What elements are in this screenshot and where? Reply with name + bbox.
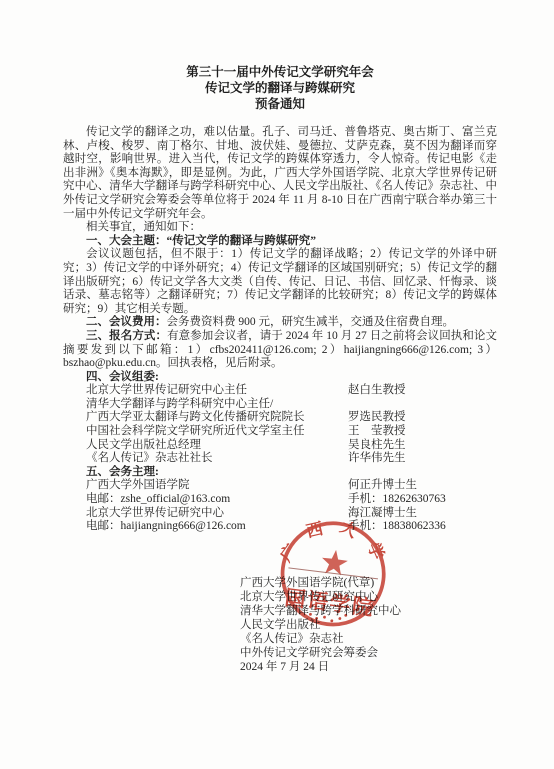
- organizer-row: 北京大学世界传记研究中心 海江凝博士生: [86, 507, 497, 521]
- committee-row: 北京大学世界传记研究中心主任 赵白生教授: [86, 384, 497, 398]
- committee-org: 北京大学世界传记研究中心主任: [86, 384, 348, 398]
- signature-line: 人民文学出版社: [240, 618, 497, 632]
- organizer-row: 电邮：zshe_official@163.com 手机：18262630763: [86, 493, 497, 507]
- committee-name: 许华伟先生: [348, 452, 497, 466]
- organizer-row: 电邮：haijiangning666@126.com 手机：1883806233…: [86, 520, 497, 534]
- committee-org: 中国社会科学院文学研究所近代文学室主任: [86, 425, 348, 439]
- fee-label: 二、会议费用：: [86, 316, 167, 328]
- committee-row: 人民文学出版社总经理 吴良柱先生: [86, 439, 497, 453]
- signature-line: 《名人传记》杂志社: [240, 632, 497, 646]
- fee-text: 会务费资料费 900 元，研究生减半，交通及住宿费自理。: [167, 316, 455, 328]
- intro-paragraph: 传记文学的翻译之功，难以估量。孔子、司马迁、普鲁塔克、奥古斯丁、富兰克林、卢梭、…: [63, 126, 497, 221]
- registration-label: 三、报名方式：: [86, 330, 167, 342]
- document-page: 第三十一届中外传记文学研究年会 传记文学的翻译与跨媒研究 预备通知 传记文学的翻…: [0, 0, 554, 769]
- organizers-heading: 五、会务主理:: [63, 466, 497, 480]
- committee-name: 王 莹教授: [348, 425, 497, 439]
- committee-name: 赵白生教授: [348, 384, 497, 398]
- signature-date: 2024 年 7 月 24 日: [240, 660, 497, 674]
- signature-line: 中外传记文学研究会筹委会: [240, 646, 497, 660]
- organizer-email: 电邮：zshe_official@163.com: [86, 493, 348, 507]
- organizer-right: 海江凝博士生: [348, 507, 497, 521]
- signature-line: 清华大学翻译与跨学科研究中心: [240, 604, 497, 618]
- organizer-left: 广西大学外国语学院: [86, 479, 348, 493]
- organizer-phone: 手机：18838062336: [348, 520, 497, 534]
- signature-line: 北京大学世界传记研究中心: [240, 590, 497, 604]
- fee-paragraph: 二、会议费用：会务费资料费 900 元，研究生减半，交通及住宿费自理。: [63, 316, 497, 330]
- topics-paragraph: 会议议题包括，但不限于：1）传记文学的翻译战略；2）传记文学的外译中研究；3）传…: [63, 248, 497, 316]
- organizer-right: 何正升博士生: [348, 479, 497, 493]
- organizer-left: 北京大学世界传记研究中心: [86, 507, 348, 521]
- committee-row: 广西大学亚太翻译与跨文化传播研究院院长 罗选民教授: [86, 411, 497, 425]
- title-line-3: 预备通知: [63, 96, 497, 112]
- committee-name: 罗选民教授: [348, 411, 497, 425]
- organizer-email: 电邮：haijiangning666@126.com: [86, 520, 348, 534]
- related-note: 相关事宜，通知如下：: [63, 221, 497, 235]
- committee-row: 清华大学翻译与跨学科研究中心主任/: [86, 398, 497, 412]
- committee-name: 吴良柱先生: [348, 439, 497, 453]
- registration-paragraph: 三、报名方式：有意参加会议者，请于 2024 年 10 月 27 日之前将会议回…: [63, 330, 497, 371]
- committee-heading: 四、会议组委:: [63, 371, 497, 385]
- signature-block: 广西大学外国语学院(代章) 北京大学世界传记研究中心 清华大学翻译与跨学科研究中…: [240, 576, 497, 674]
- committee-name: [348, 398, 497, 412]
- organizer-row: 广西大学外国语学院 何正升博士生: [86, 479, 497, 493]
- committee-org: 清华大学翻译与跨学科研究中心主任/: [86, 398, 348, 412]
- committee-row: 《名人传记》杂志社社长 许华伟先生: [86, 452, 497, 466]
- committee-org: 人民文学出版社总经理: [86, 439, 348, 453]
- committee-row: 中国社会科学院文学研究所近代文学室主任 王 莹教授: [86, 425, 497, 439]
- committee-org: 广西大学亚太翻译与跨文化传播研究院院长: [86, 411, 348, 425]
- title-line-2: 传记文学的翻译与跨媒研究: [63, 80, 497, 96]
- document-body: 第三十一届中外传记文学研究年会 传记文学的翻译与跨媒研究 预备通知 传记文学的翻…: [63, 64, 497, 674]
- title-line-1: 第三十一届中外传记文学研究年会: [63, 64, 497, 80]
- section-theme-heading: 一、大会主题：“传记文学的翻译与跨媒研究”: [63, 235, 497, 249]
- document-title: 第三十一届中外传记文学研究年会 传记文学的翻译与跨媒研究 预备通知: [63, 64, 497, 112]
- signature-line: 广西大学外国语学院(代章): [240, 576, 497, 590]
- organizer-phone: 手机：18262630763: [348, 493, 497, 507]
- committee-org: 《名人传记》杂志社社长: [86, 452, 348, 466]
